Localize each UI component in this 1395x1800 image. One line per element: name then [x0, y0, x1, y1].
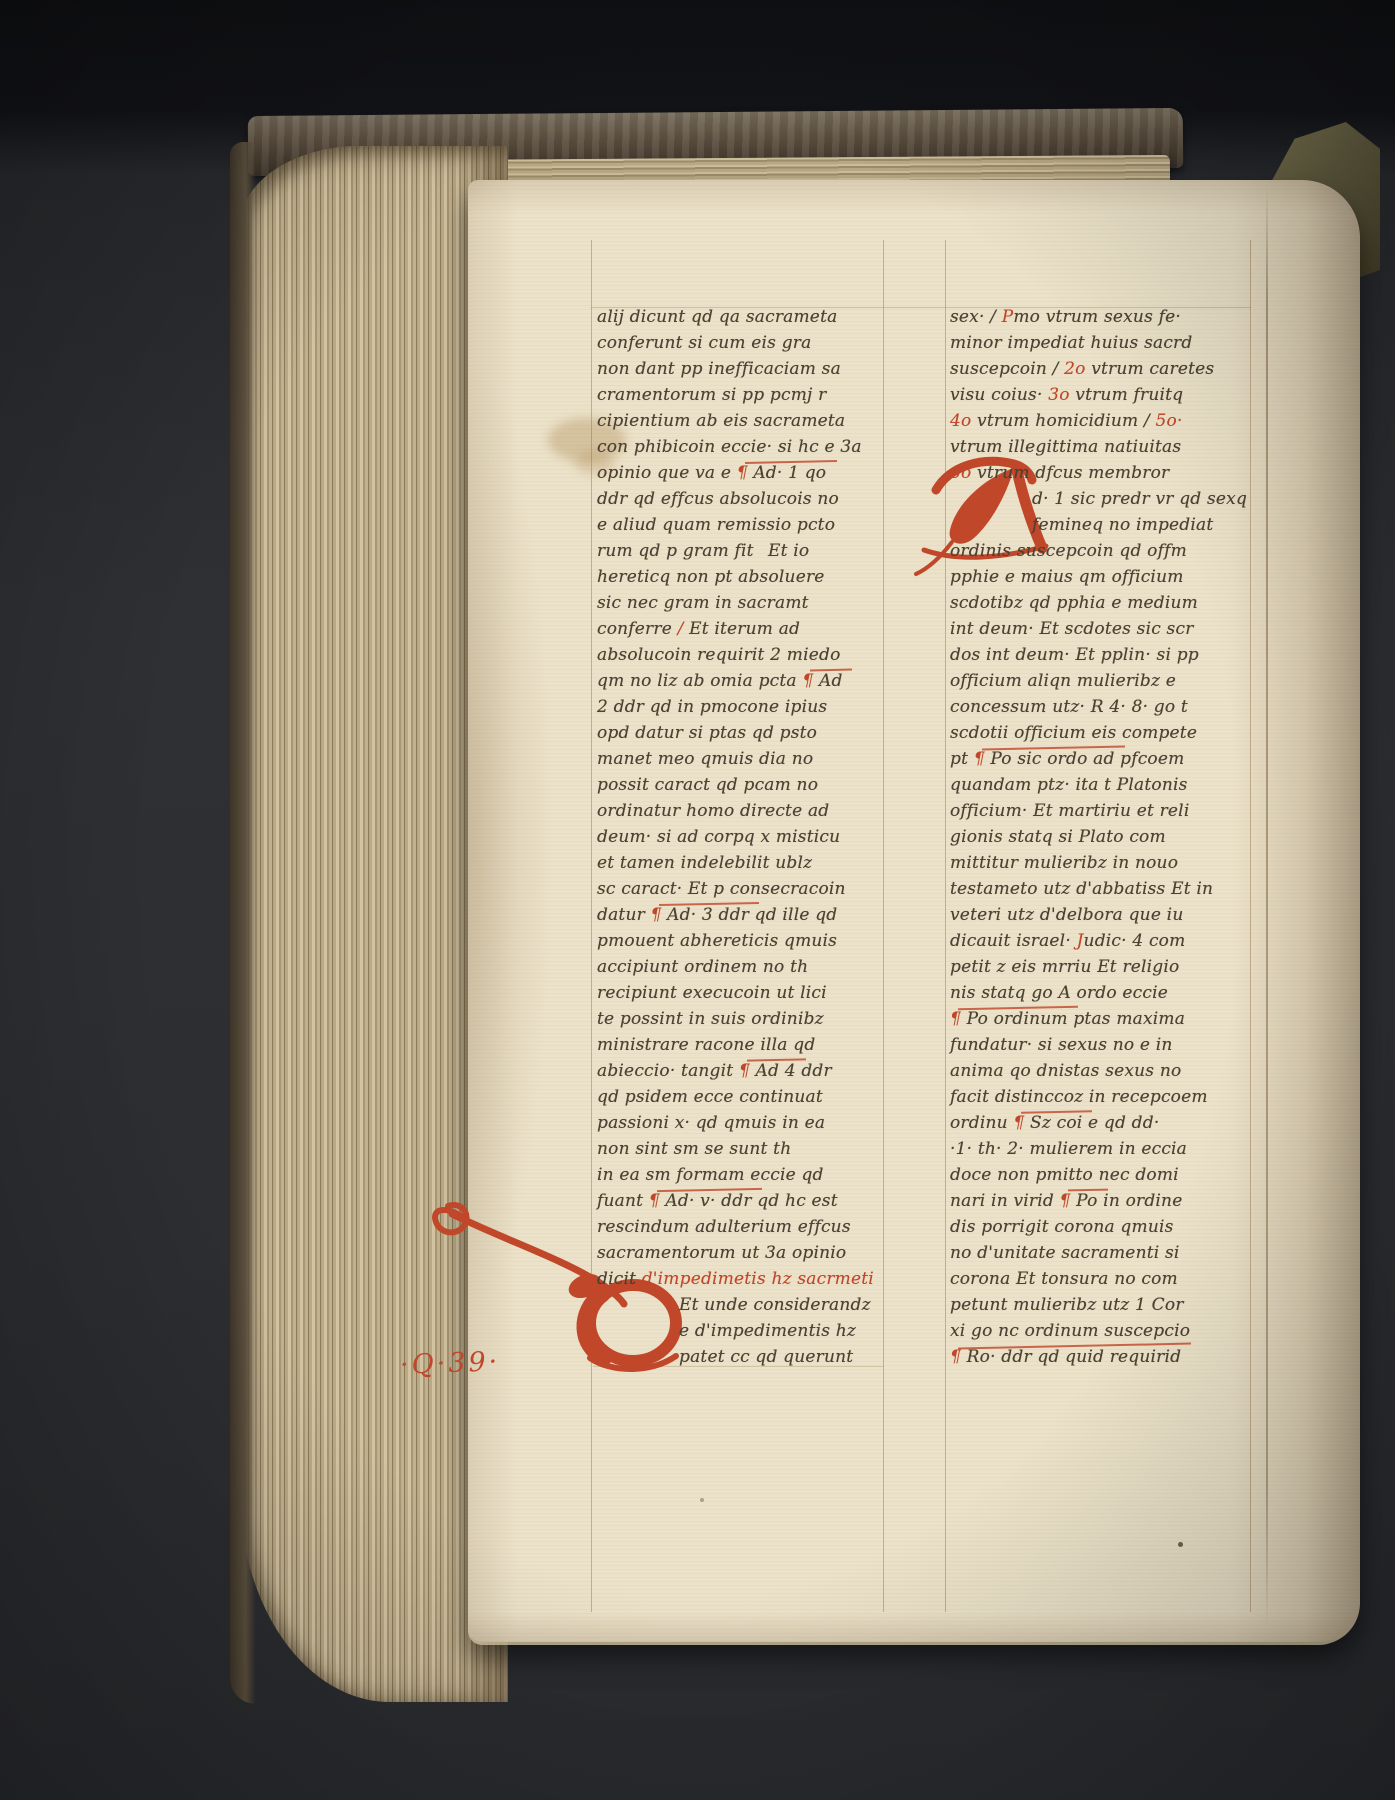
- ink-segment: e aliud quam remissio pcto: [597, 515, 835, 535]
- text-line: cramentorum si pp pcmj r: [597, 382, 889, 408]
- text-line: passioni x· qd qmuis in ea: [597, 1110, 889, 1136]
- text-line: doce non pmitto nec domi: [950, 1162, 1256, 1188]
- text-line: conferre / Et iterum ad: [597, 616, 889, 642]
- ink-segment: abieccio· tangit: [597, 1061, 739, 1081]
- ink-segment: qd hc est: [752, 1191, 838, 1211]
- ink-segment: gionis statq si Plato com: [950, 827, 1166, 847]
- text-line: gionis statq si Plato com: [950, 824, 1256, 850]
- text-line: concessum utz· R 4· 8· go t: [950, 694, 1256, 720]
- ink-segment: nis statq go A ordo eccie: [950, 983, 1168, 1003]
- text-line: pmouent abhereticis qmuis: [597, 928, 889, 954]
- text-line: qm no liz ab omia pcta ¶ Ad: [597, 668, 889, 694]
- ink-segment: pmouent abhereticis qmuis: [597, 931, 837, 951]
- text-line: sacramentorum ut 3a opinio: [597, 1240, 889, 1266]
- ink-segment: Ad 4: [750, 1061, 796, 1081]
- ink-segment: in ordine: [1098, 1191, 1183, 1211]
- text-line: cipientium ab eis sacrameta: [597, 408, 889, 434]
- ink-segment: non dant pp inefficaciam sa: [597, 359, 841, 379]
- manuscript-photo: alij dicunt qd qa sacrametaconferunt si …: [0, 0, 1395, 1800]
- ink-segment: veteri utz d'delbora que iu: [950, 905, 1183, 925]
- text-line: fundatur· si sexus no e in: [950, 1032, 1256, 1058]
- text-line: dicauit israel· Judic· 4 com: [950, 928, 1256, 954]
- ink-segment: Po: [1071, 1191, 1098, 1211]
- text-line: et tamen indelebilit ublz: [597, 850, 889, 876]
- rubric-segment: J: [1077, 931, 1084, 951]
- text-line: sic nec gram in sacramt: [597, 590, 889, 616]
- ink-segment: cramentorum si pp pcmj r: [597, 385, 826, 405]
- column-rule-right-outer: [945, 240, 946, 1612]
- ink-segment: petit z eis mrriu Et religio: [950, 957, 1179, 977]
- ink-segment: doce non pmitto nec domi: [950, 1165, 1179, 1185]
- rubric-segment: ¶: [737, 463, 748, 483]
- ink-segment: accipiunt ordinem no th: [597, 957, 808, 977]
- ink-segment: sacramentorum ut 3a opinio: [597, 1243, 846, 1263]
- ink-segment: Ro· ddr qd quid requirid: [961, 1347, 1181, 1367]
- ink-segment: ddr qd effcus absolucois no: [597, 489, 839, 509]
- text-line: suscepcoin / 2o vtrum caretes: [950, 356, 1256, 382]
- ink-segment: minor impediat huius sacrd: [950, 333, 1192, 353]
- text-line: alij dicunt qd qa sacrameta: [597, 304, 889, 330]
- ink-segment: e qd dd·: [1082, 1113, 1159, 1133]
- ink-segment: fuant: [597, 1191, 649, 1211]
- ink-segment: et tamen indelebilit ublz: [597, 853, 812, 873]
- text-line: int deum· Et scdotes sic scr: [950, 616, 1256, 642]
- text-line: ¶ Ro· ddr qd quid requirid: [950, 1344, 1256, 1370]
- text-line: dicit d'impedimetis hz sacrmeti: [597, 1266, 889, 1292]
- text-line: quandam ptz· ita t Platonis: [950, 772, 1256, 798]
- gutter-fold-crease: [1266, 186, 1268, 1630]
- text-line: femineq no impediat: [1032, 512, 1256, 538]
- ink-segment: datur: [597, 905, 651, 925]
- text-line: dos int deum· Et pplin· si pp: [950, 642, 1256, 668]
- text-line: ddr qd effcus absolucois no: [597, 486, 889, 512]
- text-line: ordinu ¶ Sz coi e qd dd·: [950, 1110, 1256, 1136]
- ink-segment: possit caract qd pcam no: [597, 775, 818, 795]
- text-line: non dant pp inefficaciam sa: [597, 356, 889, 382]
- ink-segment: sic nec gram in sacramt: [597, 593, 809, 613]
- text-line: sc caract· Et p consecracoin: [597, 876, 889, 902]
- ink-segment: pt: [950, 749, 974, 769]
- rubric-segment: ¶: [649, 1191, 660, 1211]
- ink-segment: ddr: [796, 1061, 832, 1081]
- rubric-segment: 5o·: [1156, 411, 1183, 431]
- rubric-segment: ¶: [802, 671, 813, 691]
- ink-segment: opd datur si ptas qd psto: [597, 723, 817, 743]
- text-line: qd psidem ecce continuat: [597, 1084, 889, 1110]
- ink-segment: ·1· th· 2· mulierem in eccia: [950, 1139, 1187, 1159]
- rubric-segment: ¶: [651, 905, 662, 925]
- rubric-segment: ¶: [950, 1347, 961, 1367]
- ink-segment: ordinis suscepcoin qd offm: [950, 541, 1187, 561]
- text-line: e aliud quam remissio pcto: [597, 512, 889, 538]
- ink-segment: int deum· Et scdotes sic scr: [950, 619, 1194, 639]
- text-line: sex· / Pmo vtrum sexus fe·: [950, 304, 1256, 330]
- text-line: pt ¶ Po sic ordo ad pfcoem: [950, 746, 1256, 772]
- text-line: nis statq go A ordo eccie: [950, 980, 1256, 1006]
- text-line: minor impediat huius sacrd: [950, 330, 1256, 356]
- text-line: officium aliqn mulieribz e: [950, 668, 1256, 694]
- ink-segment: dis porrigit corona qmuis: [950, 1217, 1174, 1237]
- text-line: ordinis suscepcoin qd offm: [950, 538, 1256, 564]
- text-line: xi go nc ordinum suscepcio: [950, 1318, 1256, 1344]
- ink-segment: ordinu: [950, 1113, 1013, 1133]
- text-line: 6o vtrum dfcus membror: [950, 460, 1256, 486]
- ink-segment: femineq no impediat: [1032, 515, 1213, 535]
- ink-segment: officium aliqn mulieribz e: [950, 671, 1176, 691]
- ink-segment: Et unde considerandz: [679, 1295, 871, 1315]
- margin-note: ·Q·39·: [399, 1346, 500, 1380]
- text-line: d· 1 sic predr vr qd sexq: [1032, 486, 1256, 512]
- text-line: nari in virid ¶ Po in ordine: [950, 1188, 1256, 1214]
- ink-segment: concessum utz· R 4· 8· go t: [950, 697, 1188, 717]
- text-line: e d'impedimentis hz: [679, 1318, 889, 1344]
- text-line: possit caract qd pcam no: [597, 772, 889, 798]
- ink-segment: Po sic ordo ad: [985, 749, 1115, 769]
- rubric-segment: d'impedimetis hz sacrmeti: [642, 1269, 874, 1289]
- ink-segment: no d'unitate sacramenti si: [950, 1243, 1180, 1263]
- ink-segment: e d'impedimentis hz: [679, 1321, 856, 1341]
- ink-segment: manet meo qmuis dia no: [597, 749, 813, 769]
- text-line: non sint sm se sunt th: [597, 1136, 889, 1162]
- rubric-segment: 3o: [1048, 385, 1069, 405]
- ink-segment: quandam ptz· ita t Platonis: [950, 775, 1188, 795]
- ink-segment: xi go nc ordinum suscepcio: [950, 1321, 1190, 1341]
- ink-segment: recipiunt execucoin ut lici: [597, 983, 827, 1003]
- text-line: officium· Et martiriu et reli: [950, 798, 1256, 824]
- text-line: 4o vtrum homicidium / 5o·: [950, 408, 1256, 434]
- text-line: vtrum illegittima natiuitas: [950, 434, 1256, 460]
- text-line: corona Et tonsura no com: [950, 1266, 1256, 1292]
- ink-segment: conferre: [597, 619, 678, 639]
- text-line: conferunt si cum eis gra: [597, 330, 889, 356]
- text-line: facit distinccoz in recepcoem: [950, 1084, 1256, 1110]
- ink-segment: nari in virid: [950, 1191, 1060, 1211]
- ink-segment: alij dicunt qd qa sacrameta: [597, 307, 837, 327]
- rubric-segment: 2o: [1064, 359, 1085, 379]
- ink-segment: con phibicoin eccie· si hc e 3a: [597, 437, 862, 457]
- ink-segment: qd ille qd: [749, 905, 837, 925]
- text-line: fuant ¶ Ad· v· ddr qd hc est: [597, 1188, 889, 1214]
- text-line: te possint in suis ordinibz: [597, 1006, 889, 1032]
- rubric-segment: ¶: [974, 749, 985, 769]
- text-line: ordinatur homo directe ad: [597, 798, 889, 824]
- text-column-left: alij dicunt qd qa sacrametaconferunt si …: [597, 304, 889, 1370]
- text-line: petit z eis mrriu Et religio: [950, 954, 1256, 980]
- ink-segment: patet cc qd querunt: [679, 1347, 853, 1367]
- text-line: rescindum adulterium effcus: [597, 1214, 889, 1240]
- ink-segment: petunt mulieribz utz 1 Cor: [950, 1295, 1184, 1315]
- ink-segment: sc caract· Et p consecracoin: [597, 879, 846, 899]
- ink-segment: sex· /: [950, 307, 1002, 327]
- ink-segment: visu coius·: [950, 385, 1048, 405]
- ink-segment: anima qo dnistas sexus no: [950, 1061, 1181, 1081]
- text-line: no d'unitate sacramenti si: [950, 1240, 1256, 1266]
- ink-segment: qm no liz ab omia pcta: [597, 671, 802, 691]
- ink-segment: rum qd p gram fit Et io: [597, 541, 809, 561]
- text-line: ·1· th· 2· mulierem in eccia: [950, 1136, 1256, 1162]
- ink-segment: ordinatur homo directe ad: [597, 801, 829, 821]
- ink-segment: vtrum caretes: [1086, 359, 1215, 379]
- ink-segment: rescindum adulterium effcus: [597, 1217, 851, 1237]
- ink-segment: suscepcoin /: [950, 359, 1064, 379]
- text-line: visu coius· 3o vtrum fruitq: [950, 382, 1256, 408]
- ink-segment: fundatur· si sexus no e in: [950, 1035, 1173, 1055]
- rubric-segment: ¶: [950, 1009, 961, 1029]
- ink-segment: Sz coi: [1024, 1113, 1082, 1133]
- ink-segment: officium· Et martiriu et reli: [950, 801, 1189, 821]
- rubric-segment: P: [1002, 307, 1014, 327]
- text-line: scdotii officium eis compete: [950, 720, 1256, 746]
- text-line: accipiunt ordinem no th: [597, 954, 889, 980]
- ink-segment: Po ordinum: [961, 1009, 1068, 1029]
- text-line: 2 ddr qd in pmocone ipius: [597, 694, 889, 720]
- text-line: manet meo qmuis dia no: [597, 746, 889, 772]
- ink-segment: te possint in suis ordinibz: [597, 1009, 824, 1029]
- ink-segment: hereticq non pt absoluere: [597, 567, 825, 587]
- ink-segment: non sint sm se sunt th: [597, 1139, 791, 1159]
- rubric-segment: ¶: [1013, 1113, 1024, 1133]
- ink-segment: facit distinccoz in recepcoem: [950, 1087, 1208, 1107]
- text-line: patet cc qd querunt: [679, 1344, 889, 1370]
- text-line: dis porrigit corona qmuis: [950, 1214, 1256, 1240]
- text-line: opd datur si ptas qd psto: [597, 720, 889, 746]
- text-line: absolucoin requirit 2 miedo: [597, 642, 889, 668]
- ink-segment: udic· 4 com: [1084, 931, 1186, 951]
- ink-segment: pphie e maius qm officium: [950, 567, 1184, 587]
- ink-segment: mo vtrum sexus fe·: [1013, 307, 1181, 327]
- rubric-segment: 6o: [950, 463, 971, 483]
- text-line: ¶ Po ordinum ptas maxima: [950, 1006, 1256, 1032]
- text-line: veteri utz d'delbora que iu: [950, 902, 1256, 928]
- text-line: hereticq non pt absoluere: [597, 564, 889, 590]
- text-column-right: sex· / Pmo vtrum sexus fe·minor impediat…: [950, 304, 1256, 1370]
- ink-segment: dicit: [597, 1269, 642, 1289]
- text-line: opinio que va e ¶ Ad· 1 qo: [597, 460, 889, 486]
- ink-segment: vtrum fruitq: [1070, 385, 1184, 405]
- ink-segment: cipientium ab eis sacrameta: [597, 411, 845, 431]
- ink-segment: d· 1 sic predr vr qd sexq: [1032, 489, 1247, 509]
- ink-segment: Ad: [813, 671, 842, 691]
- ink-segment: Ad· 3 ddr: [662, 905, 749, 925]
- ink-segment: Ad· 1 qo: [748, 463, 827, 483]
- text-line: ministrare racone illa qd: [597, 1032, 889, 1058]
- ink-segment: ptas maxima: [1068, 1009, 1185, 1029]
- ink-segment: pfcoem: [1115, 749, 1185, 769]
- ink-segment: deum· si ad corpq x misticu: [597, 827, 840, 847]
- text-line: rum qd p gram fit Et io: [597, 538, 889, 564]
- text-line: deum· si ad corpq x misticu: [597, 824, 889, 850]
- rubric-segment: ¶: [739, 1061, 750, 1081]
- text-line: abieccio· tangit ¶ Ad 4 ddr: [597, 1058, 889, 1084]
- ink-segment: scdotibz qd pphia e medium: [950, 593, 1198, 613]
- ink-segment: in ea sm formam eccie qd: [597, 1165, 824, 1185]
- ink-segment: scdotii officium eis compete: [950, 723, 1197, 743]
- ink-segment: absolucoin requirit 2 miedo: [597, 645, 841, 665]
- text-line: Et unde considerandz: [679, 1292, 889, 1318]
- rubric-segment: ¶: [1060, 1191, 1071, 1211]
- ink-segment: mittitur mulieribz in nouo: [950, 853, 1178, 873]
- ink-segment: conferunt si cum eis gra: [597, 333, 811, 353]
- ink-segment: 2 ddr qd in pmocone ipius: [597, 697, 827, 717]
- ink-segment: ministrare racone illa qd: [597, 1035, 815, 1055]
- text-line: scdotibz qd pphia e medium: [950, 590, 1256, 616]
- ink-segment: dicauit israel·: [950, 931, 1077, 951]
- ink-segment: passioni x· qd qmuis in ea: [597, 1113, 825, 1133]
- text-line: con phibicoin eccie· si hc e 3a: [597, 434, 889, 460]
- text-line: datur ¶ Ad· 3 ddr qd ille qd: [597, 902, 889, 928]
- ink-segment: qd psidem ecce continuat: [597, 1087, 823, 1107]
- ink-segment: corona Et tonsura no com: [950, 1269, 1178, 1289]
- text-line: in ea sm formam eccie qd: [597, 1162, 889, 1188]
- ink-segment: opinio que va e: [597, 463, 737, 483]
- paper-speck: [1178, 1542, 1183, 1547]
- text-line: recipiunt execucoin ut lici: [597, 980, 889, 1006]
- text-line: mittitur mulieribz in nouo: [950, 850, 1256, 876]
- paper-speck: [700, 1498, 704, 1502]
- text-line: testameto utz d'abbatiss Et in: [950, 876, 1256, 902]
- ink-segment: vtrum homicidium /: [971, 411, 1155, 431]
- ink-segment: Et iterum ad: [684, 619, 801, 639]
- ink-segment: vtrum dfcus membror: [971, 463, 1169, 483]
- text-line: pphie e maius qm officium: [950, 564, 1256, 590]
- ink-segment: vtrum illegittima natiuitas: [950, 437, 1181, 457]
- ink-segment: testameto utz d'abbatiss Et in: [950, 879, 1213, 899]
- text-line: petunt mulieribz utz 1 Cor: [950, 1292, 1256, 1318]
- ink-segment: Ad· v· ddr: [660, 1191, 752, 1211]
- ink-segment: dos int deum· Et pplin· si pp: [950, 645, 1199, 665]
- rubric-segment: 4o: [950, 411, 971, 431]
- text-line: anima qo dnistas sexus no: [950, 1058, 1256, 1084]
